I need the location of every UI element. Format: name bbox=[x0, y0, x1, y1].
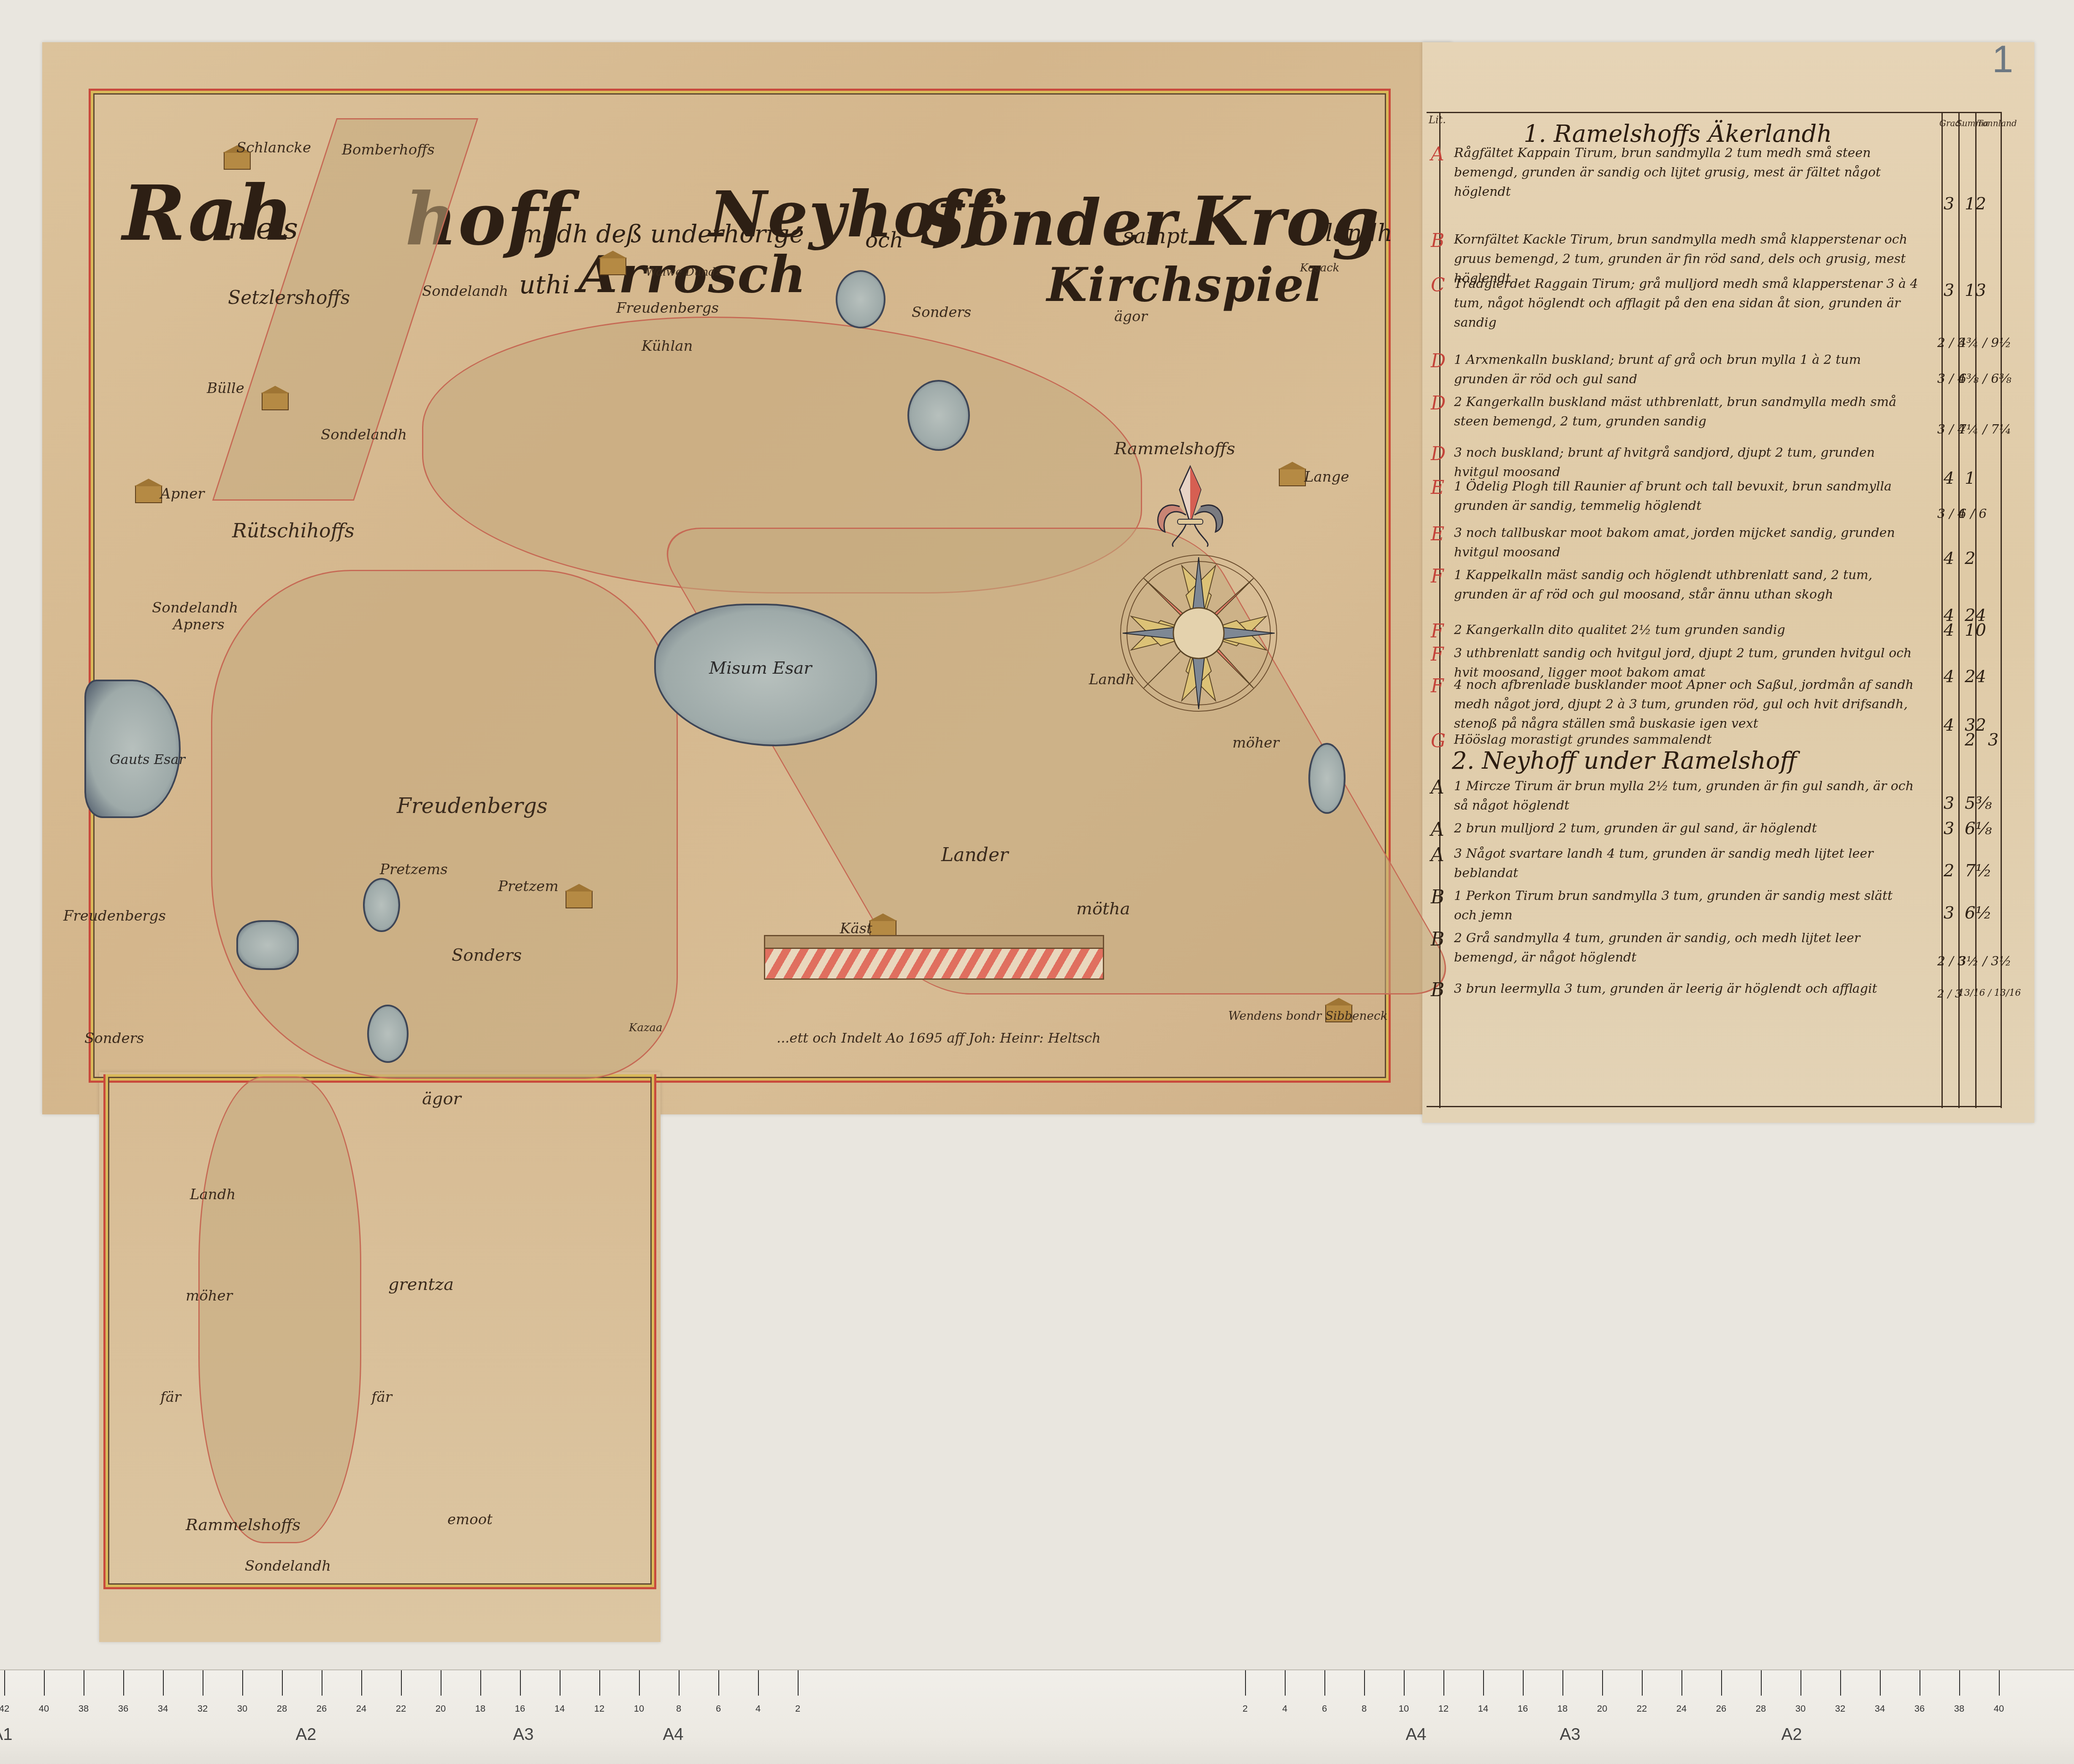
parcel-south-strip bbox=[198, 1076, 361, 1543]
place-label: Sondelandh bbox=[422, 283, 508, 300]
ruler-number: 6 bbox=[716, 1703, 721, 1714]
place-label: Pretzem bbox=[498, 878, 558, 895]
ledger-bottom-rule bbox=[1427, 1106, 2001, 1107]
ruler-number: 12 bbox=[594, 1703, 604, 1714]
ruler-number: 30 bbox=[1795, 1703, 1806, 1714]
ruler-number: 40 bbox=[1994, 1703, 2004, 1714]
ruler-tick bbox=[639, 1670, 640, 1696]
strip-label: fär bbox=[160, 1389, 181, 1406]
place-label: Freudenbergs bbox=[397, 794, 547, 818]
map-title-sonder: Sönder bbox=[920, 186, 1177, 260]
row-letter: D bbox=[1431, 393, 1446, 414]
fleur-de-lis-icon bbox=[1148, 464, 1232, 549]
ruler-tick bbox=[1324, 1670, 1325, 1696]
row-grade: 3 bbox=[1944, 819, 1954, 838]
row-amount: 10 bbox=[1965, 621, 1986, 640]
ruler-number: 40 bbox=[39, 1703, 49, 1714]
lake-kappain bbox=[363, 878, 400, 932]
map-title-landh: landh bbox=[1325, 219, 1392, 247]
ruler-number: 14 bbox=[1478, 1703, 1488, 1714]
ruler-number: 10 bbox=[634, 1703, 644, 1714]
map-title-mels: mels bbox=[228, 211, 298, 246]
paper-size-label: A3 bbox=[513, 1725, 534, 1744]
ruler-number: 16 bbox=[515, 1703, 525, 1714]
place-label: Kühlan bbox=[642, 338, 693, 355]
row-amount: 2 bbox=[1965, 549, 1975, 568]
place-label: Lange bbox=[1304, 469, 1349, 485]
place-label: Freudenbergs bbox=[63, 908, 166, 924]
ruler-number: 2 bbox=[1243, 1703, 1248, 1714]
paper-size-label: A3 bbox=[1560, 1725, 1581, 1744]
ruler-tick bbox=[1880, 1670, 1881, 1696]
house-icon bbox=[599, 257, 626, 275]
ruler-tick bbox=[361, 1670, 362, 1696]
ruler-number: 14 bbox=[555, 1703, 565, 1714]
ruler-number: 20 bbox=[1597, 1703, 1607, 1714]
row-amount: 4¾ / 9½ bbox=[1958, 336, 2012, 350]
row-text: 3 brun leermylla 3 tum, grunden är leeri… bbox=[1454, 979, 1918, 999]
row-text: 1 Arxmenkalln buskland; brunt af grå och… bbox=[1454, 350, 1918, 389]
row-letter: F bbox=[1431, 644, 1444, 665]
paper-size-label: A4 bbox=[663, 1725, 684, 1744]
lake-sillack bbox=[907, 380, 970, 451]
row-grade: 4 bbox=[1944, 549, 1954, 568]
place-label: Freudenbergs bbox=[616, 300, 719, 317]
place-label: Sondelandh bbox=[321, 426, 407, 443]
ruler-number: 8 bbox=[1362, 1703, 1367, 1714]
row-text: 2 Grå sandmylla 4 tum, grunden är sandig… bbox=[1454, 929, 1918, 967]
ruler-number: 4 bbox=[1282, 1703, 1287, 1714]
ruler-number: 16 bbox=[1518, 1703, 1528, 1714]
place-label: Wendens bondr Sibbeneck bbox=[1228, 1009, 1388, 1023]
place-label: Kazaa bbox=[629, 1022, 663, 1034]
row-amount: 1 bbox=[1965, 469, 1975, 488]
ruler-number: 42 bbox=[0, 1703, 9, 1714]
row-letter: D bbox=[1431, 350, 1446, 372]
paper-size-label: A2 bbox=[1782, 1725, 1802, 1744]
ruler-tick bbox=[1364, 1670, 1365, 1696]
row-letter: A bbox=[1431, 777, 1444, 798]
place-label: Sondelandh bbox=[152, 599, 238, 616]
row-letter: F bbox=[1431, 566, 1444, 587]
ruler-tick bbox=[1642, 1670, 1643, 1696]
row-text: 2 Kangerkalln dito qualitet 2½ tum grund… bbox=[1454, 621, 1918, 640]
row-letter: A bbox=[1431, 844, 1444, 866]
row-text: 3 Något svartare landh 4 tum, grunden är… bbox=[1454, 844, 1918, 883]
ruler-number: 36 bbox=[118, 1703, 128, 1714]
ruler-tick bbox=[1681, 1670, 1682, 1696]
ruler-tick bbox=[322, 1670, 322, 1696]
strip-label: Rammelshoffs bbox=[186, 1515, 301, 1534]
strip-label: möher bbox=[186, 1287, 233, 1304]
place-label: Rütschihoffs bbox=[232, 519, 355, 542]
ruler-tick bbox=[1959, 1670, 1960, 1696]
row-letter: B bbox=[1431, 929, 1444, 950]
row-amount: 13/16 / 13/16 bbox=[1958, 988, 2021, 998]
ruler-tick bbox=[1999, 1670, 2000, 1696]
map-title-sampt: sampt bbox=[1123, 224, 1188, 248]
row-letter: B bbox=[1431, 979, 1444, 1001]
ruler-number: 6 bbox=[1322, 1703, 1327, 1714]
row-amount: 7½ bbox=[1965, 861, 1992, 881]
ruler-number: 26 bbox=[1716, 1703, 1726, 1714]
ruler-tick bbox=[599, 1670, 600, 1696]
strip-label: Landh bbox=[190, 1186, 236, 1203]
row-letter: D bbox=[1431, 443, 1446, 465]
ruler-number: 28 bbox=[277, 1703, 287, 1714]
ruler-number: 10 bbox=[1399, 1703, 1409, 1714]
row-text: 1 Ödelig Plogh till Raunier af brunt och… bbox=[1454, 477, 1918, 516]
place-label: Setzlershoffs bbox=[228, 287, 350, 309]
ruler-tick bbox=[282, 1670, 283, 1696]
paper-size-label: A2 bbox=[296, 1725, 317, 1744]
ruler-tick bbox=[4, 1670, 5, 1696]
ruler-tick bbox=[1285, 1670, 1286, 1696]
ruler-tick bbox=[718, 1670, 719, 1696]
row-letter: C bbox=[1431, 274, 1445, 296]
strip-border-frame bbox=[103, 1074, 656, 1589]
ruler-number: 8 bbox=[676, 1703, 681, 1714]
strip-label: fär bbox=[371, 1389, 392, 1406]
ruler-number: 20 bbox=[436, 1703, 446, 1714]
ruler-tick bbox=[163, 1670, 164, 1696]
row-letter: A bbox=[1431, 144, 1444, 165]
row-amount: 24 bbox=[1965, 667, 1986, 686]
parcel-southwest bbox=[211, 570, 678, 1079]
ruler-tick bbox=[203, 1670, 203, 1696]
row-grade: 4 bbox=[1944, 667, 1954, 686]
ruler-tick bbox=[798, 1670, 799, 1696]
place-label: Sonders bbox=[84, 1030, 144, 1047]
house-icon bbox=[566, 891, 593, 908]
row-grade: 4 bbox=[1944, 469, 1954, 488]
ruler-tick bbox=[44, 1670, 45, 1696]
row-letter: E bbox=[1431, 477, 1444, 499]
ruler-tick bbox=[1404, 1670, 1405, 1696]
row-text: 2 brun mulljord 2 tum, grunden är gul sa… bbox=[1454, 819, 1918, 838]
row-text: 2 Kangerkalln buskland mäst uthbrenlatt,… bbox=[1454, 393, 1918, 431]
lake-label-misum: Misum Esar bbox=[709, 658, 812, 678]
row-text: 1 Perkon Tirum brun sandmylla 3 tum, gru… bbox=[1454, 886, 1918, 925]
ruler-tick bbox=[441, 1670, 441, 1696]
map-title-kirchspiel: Kirchspiel bbox=[1047, 257, 1323, 312]
strip-label: ägor bbox=[422, 1089, 461, 1108]
strip-label: emoot bbox=[447, 1511, 493, 1528]
ruler-tick bbox=[1801, 1670, 1801, 1696]
measuring-ruler: 4240383634323028262422201816141210864224… bbox=[0, 1669, 2074, 1764]
paper-size-label: A1 bbox=[0, 1725, 12, 1744]
paper-size-label: A4 bbox=[1406, 1725, 1427, 1744]
ruler-tick bbox=[401, 1670, 402, 1696]
ruler-number: 22 bbox=[1637, 1703, 1647, 1714]
row-letter: E bbox=[1431, 523, 1444, 545]
folio-number: 1 bbox=[1992, 38, 2013, 81]
row-letter: B bbox=[1431, 886, 1444, 908]
ruler-tick bbox=[758, 1670, 759, 1696]
ruler-tick bbox=[560, 1670, 560, 1696]
place-label: Lander bbox=[941, 844, 1008, 866]
ledger-top-rule bbox=[1427, 112, 2001, 113]
place-label: Bomberhoffs bbox=[342, 141, 435, 158]
ruler-tick bbox=[1523, 1670, 1524, 1696]
row-grade: 3 bbox=[1944, 794, 1954, 813]
place-label: Pretzems bbox=[380, 861, 448, 878]
lake-raggain bbox=[236, 920, 299, 970]
compass-rose-icon bbox=[1114, 549, 1283, 718]
ledger-col-header: Lit. bbox=[1429, 114, 1446, 126]
row-grade: 4 bbox=[1944, 715, 1954, 735]
ruler-number: 36 bbox=[1914, 1703, 1925, 1714]
ruler-number: 28 bbox=[1756, 1703, 1766, 1714]
ruler-number: 34 bbox=[158, 1703, 168, 1714]
map-title-uthi: uthi bbox=[519, 270, 570, 300]
lake-gauts bbox=[84, 680, 181, 818]
row-grade: 2 bbox=[1965, 730, 1975, 750]
house-icon bbox=[135, 485, 162, 503]
row-amount: 7¼ / 7¼ bbox=[1958, 422, 2012, 437]
row-text: 3 noch buskland; brunt af hvitgrå sandjo… bbox=[1454, 443, 1918, 482]
ruler-tick bbox=[1721, 1670, 1722, 1696]
house-icon bbox=[1279, 469, 1306, 486]
row-grade: 3 bbox=[1944, 903, 1954, 923]
place-label: Kosack bbox=[1300, 262, 1340, 274]
ledger-col-header: Tonnland bbox=[1977, 118, 2017, 128]
row-text: 3 noch tallbuskar moot bakom amat, jorde… bbox=[1454, 523, 1918, 562]
ruler-number: 4 bbox=[755, 1703, 761, 1714]
row-letter: A bbox=[1431, 819, 1444, 840]
ruler-number: 32 bbox=[1835, 1703, 1845, 1714]
ruler-number: 24 bbox=[356, 1703, 366, 1714]
ruler-number: 32 bbox=[198, 1703, 208, 1714]
ruler-tick bbox=[1602, 1670, 1603, 1696]
ruler-tick bbox=[1245, 1670, 1246, 1696]
row-amount: 3½ / 3½ bbox=[1958, 954, 2012, 969]
ruler-tick bbox=[1443, 1670, 1444, 1696]
row-letter: B bbox=[1431, 230, 1444, 252]
ruler-tick bbox=[1920, 1670, 1920, 1696]
ruler-tick bbox=[679, 1670, 680, 1696]
ruler-number: 38 bbox=[79, 1703, 89, 1714]
row-text: 1 Mircze Tirum är brun mylla 2½ tum, gru… bbox=[1454, 777, 1918, 816]
lake-raune bbox=[1308, 743, 1346, 814]
ruler-number: 38 bbox=[1954, 1703, 1964, 1714]
row-letter: F bbox=[1431, 675, 1444, 697]
row-grade: 4 bbox=[1944, 621, 1954, 640]
row-text: 1 Kappelkalln mäst sandig och höglendt u… bbox=[1454, 566, 1918, 604]
ruler-tick bbox=[84, 1670, 84, 1696]
ruler-number: 22 bbox=[396, 1703, 406, 1714]
row-amount: 6⅛ bbox=[1965, 819, 1992, 838]
ruler-number: 24 bbox=[1676, 1703, 1687, 1714]
row-amount: 3 bbox=[1988, 730, 1998, 750]
row-letter: F bbox=[1431, 621, 1444, 642]
place-label: Käst bbox=[840, 920, 872, 937]
place-label: Schlancke bbox=[236, 139, 311, 156]
row-amount: 6½ bbox=[1965, 903, 1992, 923]
ruler-tick bbox=[1483, 1670, 1484, 1696]
place-label: Bülle bbox=[207, 380, 244, 397]
ruler-number: 30 bbox=[237, 1703, 247, 1714]
ruler-number: 18 bbox=[1557, 1703, 1568, 1714]
lake-galls bbox=[367, 1005, 409, 1063]
ruler-tick bbox=[123, 1670, 124, 1696]
place-label: ägor bbox=[1114, 308, 1148, 325]
ruler-number: 2 bbox=[795, 1703, 800, 1714]
house-icon bbox=[262, 393, 289, 410]
lake-waiwe bbox=[836, 270, 885, 328]
row-amount: 13 bbox=[1965, 281, 1986, 300]
ruler-tick bbox=[1840, 1670, 1841, 1696]
row-letter: G bbox=[1431, 730, 1446, 752]
ruler-tick bbox=[242, 1670, 243, 1696]
ruler-tick bbox=[480, 1670, 481, 1696]
row-amount: 5⅜ bbox=[1965, 794, 1992, 813]
place-label: mötha bbox=[1076, 899, 1130, 919]
strip-label: grentza bbox=[388, 1275, 454, 1294]
place-label: Rammelshoffs bbox=[1114, 439, 1235, 458]
ruler-number: 12 bbox=[1438, 1703, 1449, 1714]
strip-label: Sondelandh bbox=[245, 1558, 331, 1574]
map-signature: ...ett och Indelt Ao 1695 aff Joh: Heinr… bbox=[777, 1030, 1101, 1046]
scale-bar bbox=[764, 948, 1104, 980]
place-label: Sonders bbox=[452, 946, 522, 965]
lake-label-gauts: Gauts Esar bbox=[110, 751, 185, 767]
row-amount: 6⅜ / 6⅜ bbox=[1958, 371, 2012, 386]
place-label: Sonders bbox=[912, 304, 971, 321]
ruler-tick bbox=[520, 1670, 521, 1696]
map-title-och: och bbox=[865, 228, 903, 252]
ruler-number: 26 bbox=[317, 1703, 327, 1714]
row-text: 4 noch afbrenlade busklander moot Apner … bbox=[1454, 675, 1918, 734]
ruler-tick bbox=[1761, 1670, 1762, 1696]
place-label: Apner bbox=[160, 485, 205, 502]
row-text: Trädgierdet Raggain Tirum; grå mulljord … bbox=[1454, 274, 1918, 333]
row-amount: 6 / 6 bbox=[1958, 507, 1987, 521]
place-label: möher bbox=[1232, 734, 1279, 751]
ledger-row: B Kornfältet Kackle Tirum, brun sandmyll… bbox=[1431, 188, 2039, 264]
row-grade: 3 bbox=[1944, 281, 1954, 300]
ledger-section2-title: 2. Neyhoff under Ramelshoff bbox=[1452, 747, 1797, 775]
ruler-number: 34 bbox=[1875, 1703, 1885, 1714]
ruler-tick bbox=[1562, 1670, 1563, 1696]
row-grade: 2 bbox=[1944, 861, 1954, 881]
place-label: Waiwe Dundz bbox=[646, 266, 721, 279]
place-label: Apners bbox=[173, 616, 225, 633]
ruler-number: 18 bbox=[475, 1703, 485, 1714]
